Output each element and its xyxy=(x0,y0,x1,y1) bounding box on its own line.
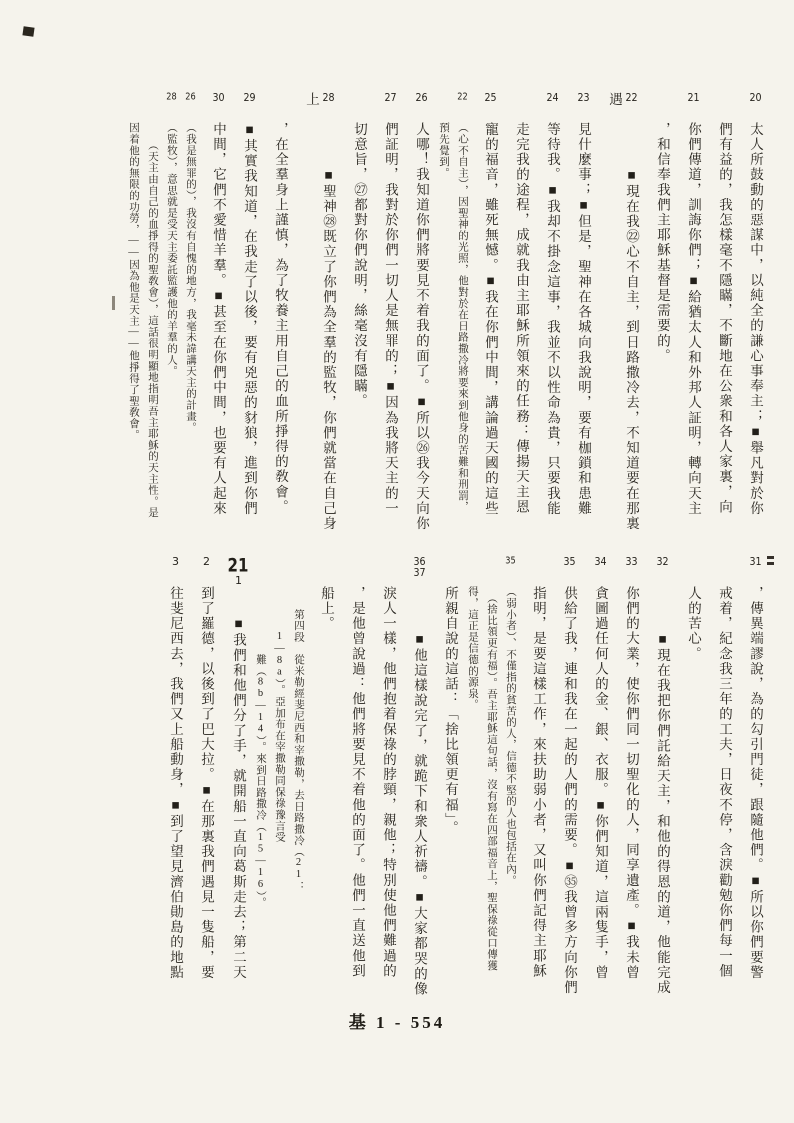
verse-column: 33你們的大業，使你們同一切聖化的人，同享遺產。■我未曾 xyxy=(623,556,640,1008)
verse-column: 3往斐尼西去，我們又上船動身，■到了望見濟伯勛島的地點 xyxy=(167,556,184,1008)
ink-speck xyxy=(112,296,115,310)
column-text: （弱小者）、不僅指的貧苦的人，信德不堅的人也包括在內。 xyxy=(505,586,516,886)
verse-number: 22 xyxy=(456,92,468,122)
verse-column: 27們証明，我對於你們一切人是無罪的；■因為我將天主的一 xyxy=(382,92,399,544)
verse-number: 3637 xyxy=(411,556,428,586)
column-text: ，和信奉我們主耶穌基督是需要的。 xyxy=(655,122,670,364)
verse-column: 31，傳異端謬說，為的勾引門徒，跟隨他們。■所以你們要警 xyxy=(747,556,764,1008)
column-text: 太人所鼓動的惡謀中，以純全的謙心事奉主；■舉凡對於你 xyxy=(748,122,763,516)
annotation-column: 預先覺到。 xyxy=(437,92,449,544)
column-text: 船上。 xyxy=(319,586,334,631)
column-text: ，在全羣身上謹慎，為了牧養主用自己的血所掙得的敎會。 xyxy=(273,122,288,515)
column-text: 走完我的途程，成就我由主耶穌所領來的任務：傳揚天主恩 xyxy=(514,122,529,515)
verse-number: 21 xyxy=(685,92,702,122)
column-text: （監牧），意思就是受天主委託監護他的羊羣的人。 xyxy=(166,122,177,377)
column-text: 中間，它們不愛惜羊羣。■甚至在你們中間，也要有人起來 xyxy=(211,122,226,516)
verse-column: 32 ■現在我把你們託給天主，和他的得恩的道，他能完成 xyxy=(654,556,671,1008)
scanned-book-page: 20太人所鼓動的惡謀中，以純全的謙心事奉主；■舉凡對於你們有益的，我怎樣毫不隱瞞… xyxy=(0,0,794,1123)
annotation-column: 28（監牧），意思就是受天主委託監護他的羊羣的人。 xyxy=(165,92,177,544)
column-text: 你們傳道，訓誨你們；■給猶太人和外邦人証明，轉向天主 xyxy=(686,122,701,516)
verse-column: 29■其實我知道，在我走了以後，要有兇惡的豺狼，進到你們 xyxy=(241,92,258,544)
verse-column: 3637 ■他這樣說完了，就跪下和衆人祈禱。■大家都哭的像 xyxy=(411,556,428,1008)
column-text: 指明，是要這樣工作，來扶助弱小者，又叫你們記得主耶穌 xyxy=(531,586,546,979)
column-text: 貪圖過任何人的金、銀、衣服。■你們知道，這兩隻手，曾 xyxy=(593,586,608,980)
verse-column: 25寵的福音，雖死無憾。■我在你們中間，講論過天國的這些 xyxy=(482,92,499,544)
annotation-column: 26（我是無罪的），我沒有自愧的地方，我毫未諱講天主的計畫。 xyxy=(184,92,196,544)
verse-number: 32 xyxy=(654,556,671,586)
column-text: 你們的大業，使你們同一切聖化的人，同享遺產。■我未曾 xyxy=(624,586,639,980)
print-corner-mark xyxy=(22,26,34,36)
column-text: ■現在我把你們託給天主，和他的得恩的道，他能完成 xyxy=(655,586,670,995)
verse-number: 33 xyxy=(623,556,640,586)
verse-column: 20太人所鼓動的惡謀中，以純全的謙心事奉主；■舉凡對於你 xyxy=(747,92,764,544)
ink-speck xyxy=(767,556,774,559)
verse-number: 28 xyxy=(165,92,177,122)
column-text: 見什麼事；■但是，聖神在各城向我說明，要有枷鎖和患難 xyxy=(576,122,591,516)
column-text: 供給了我，連和我在一起的人們的需要。■㉟我曾多方向你們 xyxy=(562,586,577,995)
column-text: 到了羅德，以後到了巴大拉。■在那裏我們遇見一隻船，要 xyxy=(199,586,214,980)
verse-number: 26 xyxy=(413,92,430,122)
annotation-column: 1—8a）。亞加布在宰撒勒同保祿豫言受 xyxy=(273,556,285,1008)
column-text: 1—8a）。亞加布在宰撒勒同保祿豫言受 xyxy=(274,586,285,843)
verse-column: 24等待我。■我却不掛念這事，我並不以性命為貴，只要我能 xyxy=(544,92,561,544)
verse-column: 戒着，紀念我三年的工夫，日夜不停，含淚勸勉你們每一個 xyxy=(716,556,733,1008)
verse-column: 35供給了我，連和我在一起的人們的需要。■㉟我曾多方向你們 xyxy=(561,556,578,1008)
column-text: 得，這正是信德的源泉。 xyxy=(467,586,478,710)
verse-column: 23見什麼事；■但是，聖神在各城向我說明，要有枷鎖和患難 xyxy=(575,92,592,544)
column-text: 切意旨，㉗都對你們說明，絲毫沒有隱瞞。 xyxy=(352,122,367,409)
verse-number: 3 xyxy=(167,556,184,586)
column-text: ■其實我知道，在我走了以後，要有兇惡的豺狼，進到你們 xyxy=(242,122,257,516)
verse-column: ，在全羣身上謹慎，為了牧養主用自己的血所掙得的敎會。 xyxy=(272,92,289,544)
column-text: ，是他曾說過：他們將要見不着他的面了。他們一直送他到 xyxy=(350,586,365,979)
verse-column: 211 ■我們和他們分了手，就開船一直向葛斯走去；第二天 xyxy=(229,556,247,1008)
verse-column: 人的苦心。 xyxy=(685,556,702,1008)
annotation-column: 因着他的無限的功勞，——因為他是天主——他掙得了聖敎會。 xyxy=(127,92,139,544)
column-text: 因着他的無限的功勞，——因為他是天主——他掙得了聖敎會。 xyxy=(128,122,139,440)
column-text: （心不自主），因聖神的光照，他對於在日路撒冷將要來到他身的苦難和刑罰， xyxy=(457,122,468,512)
verse-number: 20 xyxy=(747,92,764,122)
column-text: 第四段 從米勒經斐尼西和宰撒勒，去日路撒冷（21： xyxy=(293,586,304,892)
annotation-column: 難（8b—14）。來到日路撒冷（15—16）。 xyxy=(254,556,266,1008)
chapter-number: 211 xyxy=(229,556,247,586)
verse-number: 25 xyxy=(482,92,499,122)
verse-number: 28 xyxy=(320,92,337,122)
verse-column: 們有益的，我怎樣毫不隱瞞，不斷地在公衆和各人家裏，向 xyxy=(716,92,733,544)
annotation-column: （天主由自己的血掙得的聖敎會），這話很明顯地指明吾主耶穌的天主性。是 xyxy=(146,92,158,544)
column-text: （天主由自己的血掙得的聖敎會），這話很明顯地指明吾主耶穌的天主性。是 xyxy=(147,122,158,518)
verse-number: 30 xyxy=(210,92,227,122)
verse-number: 27 xyxy=(382,92,399,122)
column-text: 寵的福音，雖死無憾。■我在你們中間，講論過天國的這些 xyxy=(483,122,498,516)
verse-column: 26人哪！我知道你們將要見不着我的面了。■所以㉖我今天向你 xyxy=(413,92,430,544)
verse-column: 指明，是要這樣工作，來扶助弱小者，又叫你們記得主耶穌 xyxy=(530,556,547,1008)
column-text: ■我們和他們分了手，就開船一直向葛斯走去；第二天 xyxy=(231,586,246,980)
annotation-column: 22（心不自主），因聖神的光照，他對於在日路撒冷將要來到他身的苦難和刑罰， xyxy=(456,92,468,544)
column-text: ■現在我㉒心不自主，到日路撒冷去，不知道要在那裏遇 xyxy=(607,92,639,531)
verse-number: 29 xyxy=(241,92,258,122)
column-text: 人哪！我知道你們將要見不着我的面了。■所以㉖我今天向你 xyxy=(414,122,429,531)
verse-column: 28 ■聖神㉘既立了你們為全羣的監牧，你們就當在自己身上 xyxy=(303,92,337,544)
verse-column: 船上。 xyxy=(318,556,335,1008)
page-number-footer: 基 1 - 554 xyxy=(0,1008,794,1033)
annotation-column: （捨比領更有福）。吾主耶穌這句話，沒有寫在四部福音上，聖保祿從口傳獲 xyxy=(485,556,497,1008)
column-text: 們証明，我對於你們一切人是無罪的；■因為我將天主的一 xyxy=(383,122,398,516)
column-text: ，傳異端謬說，為的勾引門徒，跟隨他們。■所以你們要警 xyxy=(748,586,763,980)
verse-number: 35 xyxy=(561,556,578,586)
verse-number: 26 xyxy=(184,92,196,122)
column-text: 所親自說的這話：「捨比領更有福」。 xyxy=(443,586,458,836)
column-text: 人的苦心。 xyxy=(686,586,701,662)
column-text: （我是無罪的），我沒有自愧的地方，我毫未諱講天主的計畫。 xyxy=(185,122,196,433)
verse-column: 34貪圖過任何人的金、銀、衣服。■你們知道，這兩隻手，曾 xyxy=(592,556,609,1008)
column-text: ■聖神㉘既立了你們為全羣的監牧，你們就當在自己身上 xyxy=(304,92,336,531)
column-text: （捨比領更有福）。吾主耶穌這句話，沒有寫在四部福音上，聖保祿從口傳獲 xyxy=(486,586,497,971)
verse-number: 23 xyxy=(575,92,592,122)
text-block-acts20-21-lower: 31，傳異端謬說，為的勾引門徒，跟隨他們。■所以你們要警戒着，紀念我三年的工夫，… xyxy=(153,556,764,1008)
verse-number: 35 xyxy=(504,556,516,586)
annotation-column: 第四段 從米勒經斐尼西和宰撒勒，去日路撒冷（21： xyxy=(292,556,304,1008)
annotation-column: 35（弱小者）、不僅指的貧苦的人，信德不堅的人也包括在內。 xyxy=(504,556,516,1008)
column-text: 淚人一樣，他們抱着保祿的脖頸，親他；特別使他們難過的 xyxy=(381,586,396,979)
verse-column: 淚人一樣，他們抱着保祿的脖頸，親他；特別使他們難過的 xyxy=(380,556,397,1008)
column-text: ■他這樣說完了，就跪下和衆人祈禱。■大家都哭的像 xyxy=(412,586,427,997)
verse-column: 所親自說的這話：「捨比領更有福」。 xyxy=(442,556,459,1008)
verse-column: 2到了羅德，以後到了巴大拉。■在那裏我們遇見一隻船，要 xyxy=(198,556,215,1008)
verse-column: ，和信奉我們主耶穌基督是需要的。 xyxy=(654,92,671,544)
verse-column: 走完我的途程，成就我由主耶穌所領來的任務：傳揚天主恩 xyxy=(513,92,530,544)
column-text: 往斐尼西去，我們又上船動身，■到了望見濟伯勛島的地點 xyxy=(168,586,183,980)
annotation-column: 得，這正是信德的源泉。 xyxy=(466,556,478,1008)
verse-number: 34 xyxy=(592,556,609,586)
verse-column: ，是他曾說過：他們將要見不着他的面了。他們一直送他到 xyxy=(349,556,366,1008)
verse-column: 22 ■現在我㉒心不自主，到日路撒冷去，不知道要在那裏遇 xyxy=(606,92,640,544)
column-text: 們有益的，我怎樣毫不隱瞞，不斷地在公衆和各人家裏，向 xyxy=(717,122,732,515)
verse-number: 22 xyxy=(623,92,640,122)
column-text: 難（8b—14）。來到日路撒冷（15—16）。 xyxy=(255,586,266,908)
verse-number: 31 xyxy=(747,556,764,586)
column-text: 戒着，紀念我三年的工夫，日夜不停，含淚勸勉你們每一個 xyxy=(717,586,732,979)
verse-number: 24 xyxy=(544,92,561,122)
verse-column: 切意旨，㉗都對你們說明，絲毫沒有隱瞞。 xyxy=(351,92,368,544)
column-text: 等待我。■我却不掛念這事，我並不以性命為貴，只要我能 xyxy=(545,122,560,516)
column-text: 預先覺到。 xyxy=(438,122,449,179)
verse-column: 30中間，它們不愛惜羊羣。■甚至在你們中間，也要有人起來 xyxy=(210,92,227,544)
verse-number: 2 xyxy=(198,556,215,586)
verse-column: 21你們傳道，訓誨你們；■給猶太人和外邦人証明，轉向天主 xyxy=(685,92,702,544)
text-block-acts20-upper: 20太人所鼓動的惡謀中，以純全的謙心事奉主；■舉凡對於你們有益的，我怎樣毫不隱瞞… xyxy=(120,92,764,544)
